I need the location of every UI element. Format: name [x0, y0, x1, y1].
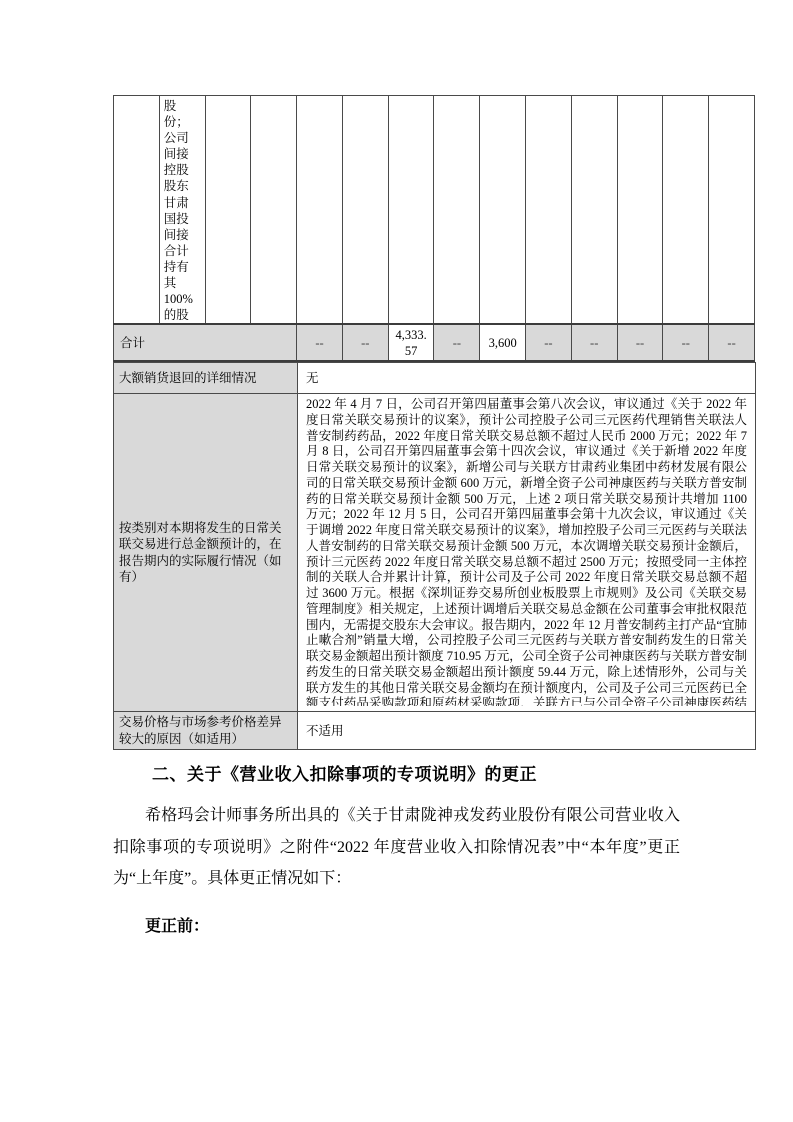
document-content: 股份； 公司 间接 控股 股东 甘肃 国投 间接 合计 持有 其 100% 的股…: [113, 95, 756, 938]
detail-table: 大额销货退回的详细情况 无 按类别对本期将发生的日常关联交易进行总金额预计的，在…: [113, 362, 756, 750]
empty-cell: [251, 96, 297, 325]
total-amount-cell: 4,333.57: [388, 324, 434, 361]
detail-row-value: 无: [298, 363, 756, 394]
total-cell: --: [297, 324, 343, 361]
total-cell: --: [342, 324, 388, 361]
total-amount-cell: 3,600: [480, 324, 526, 361]
table-total-row: 合计 -- -- 4,333.57 -- 3,600 -- -- -- -- -…: [114, 324, 755, 361]
total-cell: --: [434, 324, 480, 361]
total-cell: --: [617, 324, 663, 361]
empty-cell: [434, 96, 480, 325]
related-transaction-table: 股份； 公司 间接 控股 股东 甘肃 国投 间接 合计 持有 其 100% 的股…: [113, 95, 755, 362]
detail-row-value: 不适用: [298, 712, 756, 750]
empty-cell: [114, 96, 160, 325]
total-row-label: 合计: [114, 324, 297, 361]
empty-cell: [663, 96, 709, 325]
continuation-text: 股份； 公司 间接 控股 股东 甘肃 国投 间接 合计 持有 其 100% 的股…: [164, 97, 194, 320]
detail-row-value: 2022 年 4 月 7 日，公司召开第四届董事会第八次会议，审议通过《关于 2…: [298, 394, 756, 712]
empty-cell: [388, 96, 434, 325]
empty-cell: [617, 96, 663, 325]
table-continuation-row: 股份； 公司 间接 控股 股东 甘肃 国投 间接 合计 持有 其 100% 的股…: [114, 96, 755, 325]
continuation-cell: 股份； 公司 间接 控股 股东 甘肃 国投 间接 合计 持有 其 100% 的股…: [159, 96, 205, 325]
empty-cell: [297, 96, 343, 325]
empty-cell: [526, 96, 572, 325]
subsection-heading: 更正前：: [113, 916, 756, 938]
empty-cell: [571, 96, 617, 325]
detail-row-label: 大额销货退回的详细情况: [114, 363, 298, 394]
empty-cell: [709, 96, 755, 325]
empty-cell: [480, 96, 526, 325]
total-cell: --: [709, 324, 755, 361]
detail-row-label: 按类别对本期将发生的日常关联交易进行总金额预计的，在报告期内的实际履行情况（如有…: [114, 394, 298, 712]
performance-description-text: 2022 年 4 月 7 日，公司召开第四届董事会第八次会议，审议通过《关于 2…: [306, 396, 747, 706]
total-cell: --: [571, 324, 617, 361]
empty-cell: [205, 96, 251, 325]
total-cell: --: [526, 324, 572, 361]
section-paragraph: 希格玛会计师事务所出具的《关于甘肃陇神戎发药业股份有限公司营业收入扣除事项的专项…: [113, 800, 680, 895]
total-cell: --: [663, 324, 709, 361]
empty-cell: [342, 96, 388, 325]
document-page: 股份； 公司 间接 控股 股东 甘肃 国投 间接 合计 持有 其 100% 的股…: [0, 0, 793, 1122]
detail-row: 大额销货退回的详细情况 无: [114, 363, 756, 394]
detail-row: 交易价格与市场参考价格差异较大的原因（如适用） 不适用: [114, 712, 756, 750]
detail-row: 按类别对本期将发生的日常关联交易进行总金额预计的，在报告期内的实际履行情况（如有…: [114, 394, 756, 712]
section-heading: 二、关于《营业收入扣除事项的专项说明》的更正: [113, 763, 756, 786]
detail-row-label: 交易价格与市场参考价格差异较大的原因（如适用）: [114, 712, 298, 750]
